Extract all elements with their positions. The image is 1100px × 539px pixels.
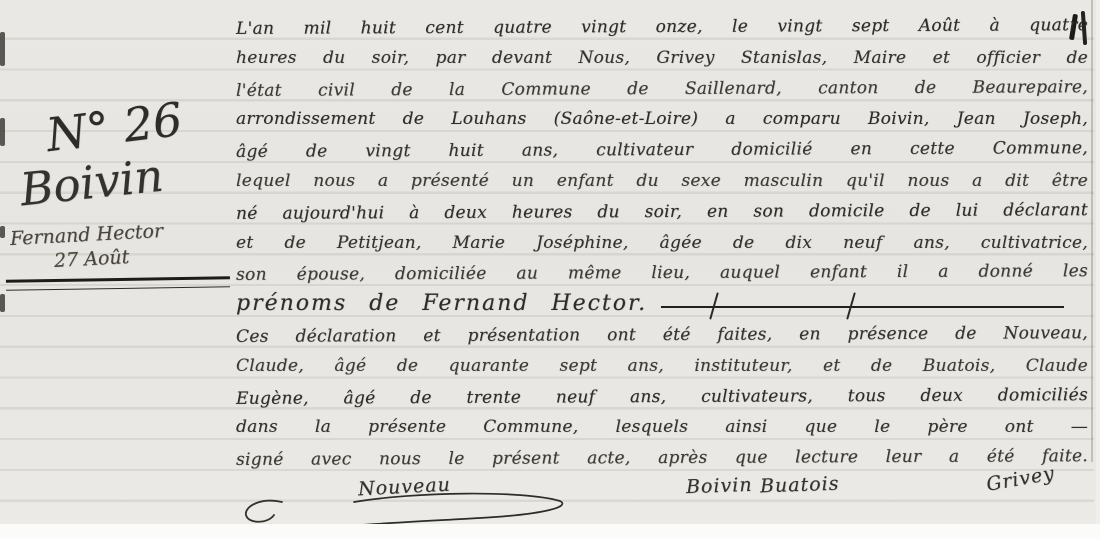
- scan-edge-artifact: [0, 294, 5, 312]
- act-text-line: arrondissement de Louhans (Saône-et-Loir…: [236, 104, 1088, 135]
- act-text-line: Claude, âgé de quarante sept ans, instit…: [236, 351, 1088, 382]
- blank-fill-rule: [661, 306, 1064, 308]
- act-text-line: son épouse, domiciliée au même lieu, auq…: [236, 257, 1088, 292]
- act-text-line: signé avec nous le présent acte, après q…: [236, 441, 1088, 476]
- scanned-register-page: N° 26 Boivin Fernand Hector 27 Août L'an…: [0, 0, 1100, 539]
- signature-boivin: Boivin: [686, 474, 753, 498]
- child-given-names-text: prénoms de Fernand Hector.: [236, 289, 647, 320]
- fill-rule-slash: [710, 292, 720, 320]
- next-act-partial-stroke: [240, 497, 292, 527]
- act-text-line: L'an mil huit cent quatre vingt onze, le…: [236, 10, 1088, 45]
- act-text-line-child-names: prénoms de Fernand Hector.: [236, 289, 1088, 320]
- act-text-line: l'état civil de la Commune de Saillenard…: [236, 72, 1088, 107]
- act-text-line: lequel nous a présenté un enfant du sexe…: [236, 166, 1088, 197]
- fill-rule-slash: [847, 292, 857, 320]
- act-body-text: L'an mil huit cent quatre vingt onze, le…: [236, 12, 1088, 474]
- act-margin-date: 27 Août: [53, 246, 129, 272]
- act-text-line: heures du soir, par devant Nous, Grivey …: [236, 43, 1088, 74]
- scan-right-edge: [1096, 0, 1100, 539]
- act-text-line: né aujourd'hui à deux heures du soir, en…: [236, 195, 1088, 230]
- scan-edge-artifact: [0, 226, 5, 238]
- act-text-line: âgé de vingt huit ans, cultivateur domic…: [236, 133, 1088, 168]
- scan-edge-artifact: [0, 118, 5, 146]
- signature-buatois: Buatois: [760, 473, 840, 498]
- page-fold-line: [1091, 0, 1093, 462]
- act-text-line: et de Petitjean, Marie Joséphine, âgée d…: [236, 228, 1088, 259]
- act-text-line: dans la présente Commune, lesquels ainsi…: [236, 412, 1088, 443]
- act-text-line: Eugène, âgé de trente neuf ans, cultivat…: [236, 380, 1088, 415]
- scan-edge-artifact: [0, 32, 5, 66]
- scan-bottom-edge: [0, 524, 1100, 539]
- act-text-line: Ces déclaration et présentation ont été …: [236, 318, 1088, 353]
